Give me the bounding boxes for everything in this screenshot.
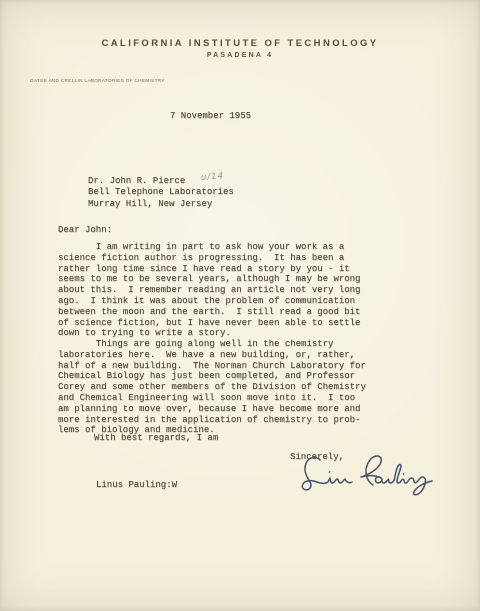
body-paragraph-1: I am writing in part to ask how your wor… [58, 242, 360, 339]
institution-city: PASADENA 4 [0, 52, 480, 59]
institution-name: CALIFORNIA INSTITUTE OF TECHNOLOGY [0, 38, 480, 49]
department-name: GATES AND CRELLIN LABORATORIES OF CHEMIS… [30, 79, 165, 84]
recipient-company: Bell Telephone Laboratories [88, 187, 234, 197]
recipient-address: Murray Hill, New Jersey [88, 199, 212, 209]
date-line: 7 November 1955 [170, 111, 251, 122]
recipient-name: Dr. John R. Pierce [88, 176, 185, 186]
letter-page: CALIFORNIA INSTITUTE OF TECHNOLOGY PASAD… [0, 0, 480, 611]
received-date-annotation: u/14 [201, 171, 225, 183]
letterhead: CALIFORNIA INSTITUTE OF TECHNOLOGY PASAD… [0, 38, 480, 59]
handwritten-signature-linus-pauling [293, 450, 441, 503]
salutation: Dear John: [58, 225, 112, 236]
typed-name-line: Linus Pauling:W [96, 480, 177, 491]
body-paragraph-2: Things are going along well in the chemi… [58, 339, 366, 436]
regards-line: With best regards, I am [94, 433, 218, 444]
